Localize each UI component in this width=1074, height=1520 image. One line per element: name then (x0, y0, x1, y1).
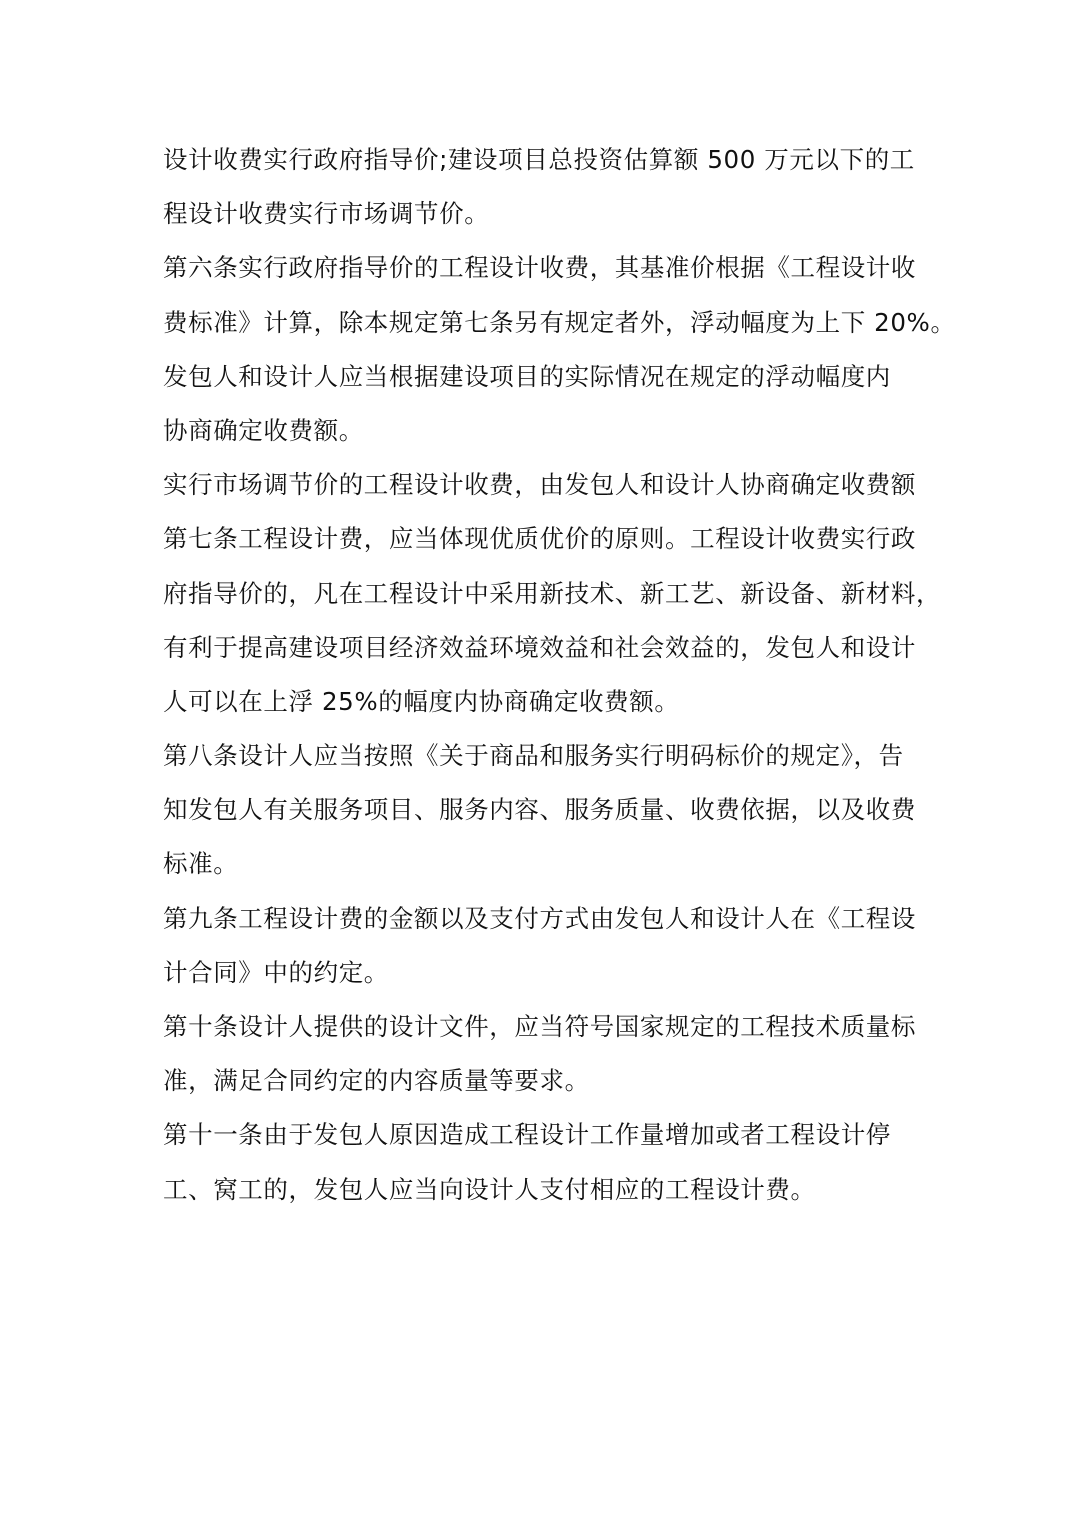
text-line: 程设计收费实行市场调节价。 (163, 194, 923, 248)
text-line: 第十条设计人提供的设计文件，应当符号国家规定的工程技术质量标 (163, 1007, 923, 1061)
text-line: 第八条设计人应当按照《关于商品和服务实行明码标价的规定》，告 (163, 736, 923, 790)
text-line: 工、窝工的，发包人应当向设计人支付相应的工程设计费。 (163, 1170, 923, 1224)
paragraph-article-7: 第七条工程设计费，应当体现优质优价的原则。工程设计收费实行政 府指导价的，凡在工… (163, 519, 923, 736)
text-line: 知发包人有关服务项目、服务内容、服务质量、收费依据，以及收费 (163, 790, 923, 844)
text-line: 准，满足合同约定的内容质量等要求。 (163, 1061, 923, 1115)
paragraph-article-10: 第十条设计人提供的设计文件，应当符号国家规定的工程技术质量标 准，满足合同约定的… (163, 1007, 923, 1115)
text-line: 标准。 (163, 844, 923, 898)
text-line: 协商确定收费额。 (163, 411, 923, 465)
text-line: 人可以在上浮 25%的幅度内协商确定收费额。 (163, 682, 923, 736)
text-line: 费标准》计算，除本规定第七条另有规定者外，浮动幅度为上下 20%。 (163, 303, 923, 357)
text-line: 实行市场调节价的工程设计收费，由发包人和设计人协商确定收费额 (163, 465, 923, 519)
text-line: 计合同》中的约定。 (163, 953, 923, 1007)
text-line: 发包人和设计人应当根据建设项目的实际情况在规定的浮动幅度内 (163, 357, 923, 411)
text-line: 第七条工程设计费，应当体现优质优价的原则。工程设计收费实行政 (163, 519, 923, 573)
paragraph-article-11: 第十一条由于发包人原因造成工程设计工作量增加或者工程设计停 工、窝工的，发包人应… (163, 1115, 923, 1223)
document-body: 设计收费实行政府指导价;建设项目总投资估算额 500 万元以下的工 程设计收费实… (163, 140, 923, 1224)
text-line: 有利于提高建设项目经济效益环境效益和社会效益的，发包人和设计 (163, 628, 923, 682)
text-line: 第九条工程设计费的金额以及支付方式由发包人和设计人在《工程设 (163, 899, 923, 953)
text-line: 设计收费实行政府指导价;建设项目总投资估算额 500 万元以下的工 (163, 140, 923, 194)
paragraph-article-6: 第六条实行政府指导价的工程设计收费，其基准价根据《工程设计收 费标准》计算，除本… (163, 248, 923, 465)
document-page: 设计收费实行政府指导价;建设项目总投资估算额 500 万元以下的工 程设计收费实… (0, 0, 1074, 1520)
text-line: 第十一条由于发包人原因造成工程设计工作量增加或者工程设计停 (163, 1115, 923, 1169)
paragraph-price-scope: 设计收费实行政府指导价;建设项目总投资估算额 500 万元以下的工 程设计收费实… (163, 140, 923, 248)
text-line: 府指导价的，凡在工程设计中采用新技术、新工艺、新设备、新材料， (163, 574, 923, 628)
paragraph-article-9: 第九条工程设计费的金额以及支付方式由发包人和设计人在《工程设 计合同》中的约定。 (163, 899, 923, 1007)
paragraph-market-price: 实行市场调节价的工程设计收费，由发包人和设计人协商确定收费额 (163, 465, 923, 519)
paragraph-article-8: 第八条设计人应当按照《关于商品和服务实行明码标价的规定》，告 知发包人有关服务项… (163, 736, 923, 899)
text-line: 第六条实行政府指导价的工程设计收费，其基准价根据《工程设计收 (163, 248, 923, 302)
